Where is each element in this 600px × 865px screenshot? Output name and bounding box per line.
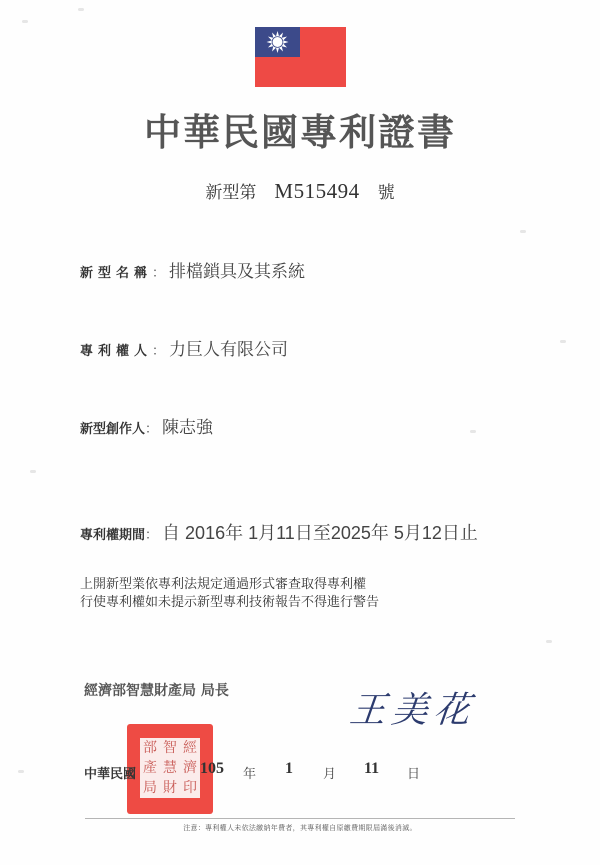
patent-number-suffix: 號 <box>378 183 395 203</box>
sun-icon <box>255 27 300 57</box>
field-colon: ： <box>152 340 165 359</box>
seal-char: 經 <box>180 738 200 758</box>
issue-date-month-unit: 月 <box>323 763 336 782</box>
field-label: 新型創作人 <box>80 418 145 437</box>
term-from-month: 1 <box>248 523 258 543</box>
issue-date: 中華民國 105 年 1 月 11 日 <box>0 760 600 784</box>
paper-speck <box>520 230 526 233</box>
term-day-unit: 日 <box>442 523 460 543</box>
field-value: 排檔鎖具及其系統 <box>169 257 305 282</box>
term-from-day: 11 <box>276 523 295 543</box>
issue-date-year: 105 <box>200 760 224 778</box>
issue-date-era: 中華民國 <box>84 763 136 782</box>
term-from-prefix: 自 <box>162 523 180 543</box>
paper-speck <box>78 8 84 11</box>
term-year-unit: 年 <box>225 523 243 543</box>
term-month-unit: 月 <box>404 523 422 543</box>
term-to-month: 5 <box>394 523 404 543</box>
seal-char: 智 <box>160 738 180 758</box>
term-day-unit: 日 <box>295 523 313 543</box>
field-patentee: 專利權人 ： 力巨人有限公司 <box>80 335 288 360</box>
field-value: 陳志強 <box>162 413 213 438</box>
field-patent-term: 專利權期間 ： 自 2016年 1月11日至2025年 5月12日止 <box>80 519 478 545</box>
field-colon: ： <box>145 418 158 437</box>
patent-number-line: 新型第M515494號 <box>0 178 600 204</box>
term-year-unit: 年 <box>371 523 389 543</box>
field-colon: ： <box>152 262 165 281</box>
issue-date-day: 11 <box>364 760 379 778</box>
paper-speck <box>546 640 552 643</box>
term-to-year: 2025 <box>331 523 371 543</box>
paper-speck <box>30 470 36 473</box>
term-to-prefix: 至 <box>313 523 331 543</box>
issue-date-day-unit: 日 <box>407 763 420 782</box>
patent-number-prefix: 新型第 <box>205 183 256 203</box>
field-label: 新型名稱 <box>80 262 152 281</box>
field-model-name: 新型名稱 ： 排檔鎖具及其系統 <box>80 257 305 282</box>
issuing-authority: 經濟部智慧財產局 局長 <box>84 680 229 700</box>
issue-date-month: 1 <box>285 760 293 778</box>
certificate-title: 中華民國專利證書 <box>0 102 600 156</box>
term-from-year: 2016 <box>185 523 225 543</box>
term-end-suffix: 止 <box>460 523 478 543</box>
field-label: 專利權期間 <box>80 524 145 543</box>
paper-speck <box>22 20 28 23</box>
field-label: 專利權人 <box>80 340 152 359</box>
annual-fee-footnote: 注意：專利權人未依法繳納年費者，其專利權自原繳費期限屆滿後消滅。 <box>0 823 600 833</box>
issue-date-year-unit: 年 <box>243 763 256 782</box>
paper-speck <box>470 430 476 433</box>
legal-notice: 上開新型業依專利法規定通過形式審查取得專利權 行使專利權如未提示新型專利技術報告… <box>80 576 379 612</box>
field-creator: 新型創作人 ： 陳志強 <box>80 413 213 438</box>
footer-divider <box>85 818 515 819</box>
legal-notice-line: 上開新型業依專利法規定通過形式審查取得專利權 <box>80 576 379 594</box>
certificate-page: 中華民國專利證書 新型第M515494號 新型名稱 ： 排檔鎖具及其系統 專利權… <box>0 0 600 865</box>
flag-icon <box>255 27 346 87</box>
seal-char: 部 <box>140 738 160 758</box>
paper-speck <box>560 340 566 343</box>
patent-number: M515494 <box>274 179 359 203</box>
director-signature: 王美花 <box>347 682 478 733</box>
term-to-day: 12 <box>422 523 442 543</box>
term-month-unit: 月 <box>258 523 276 543</box>
legal-notice-line: 行使專利權如未提示新型專利技術報告不得進行警告 <box>80 594 379 612</box>
field-value: 自 2016年 1月11日至2025年 5月12日止 <box>162 519 478 545</box>
field-colon: ： <box>145 524 158 543</box>
field-value: 力巨人有限公司 <box>169 335 288 360</box>
